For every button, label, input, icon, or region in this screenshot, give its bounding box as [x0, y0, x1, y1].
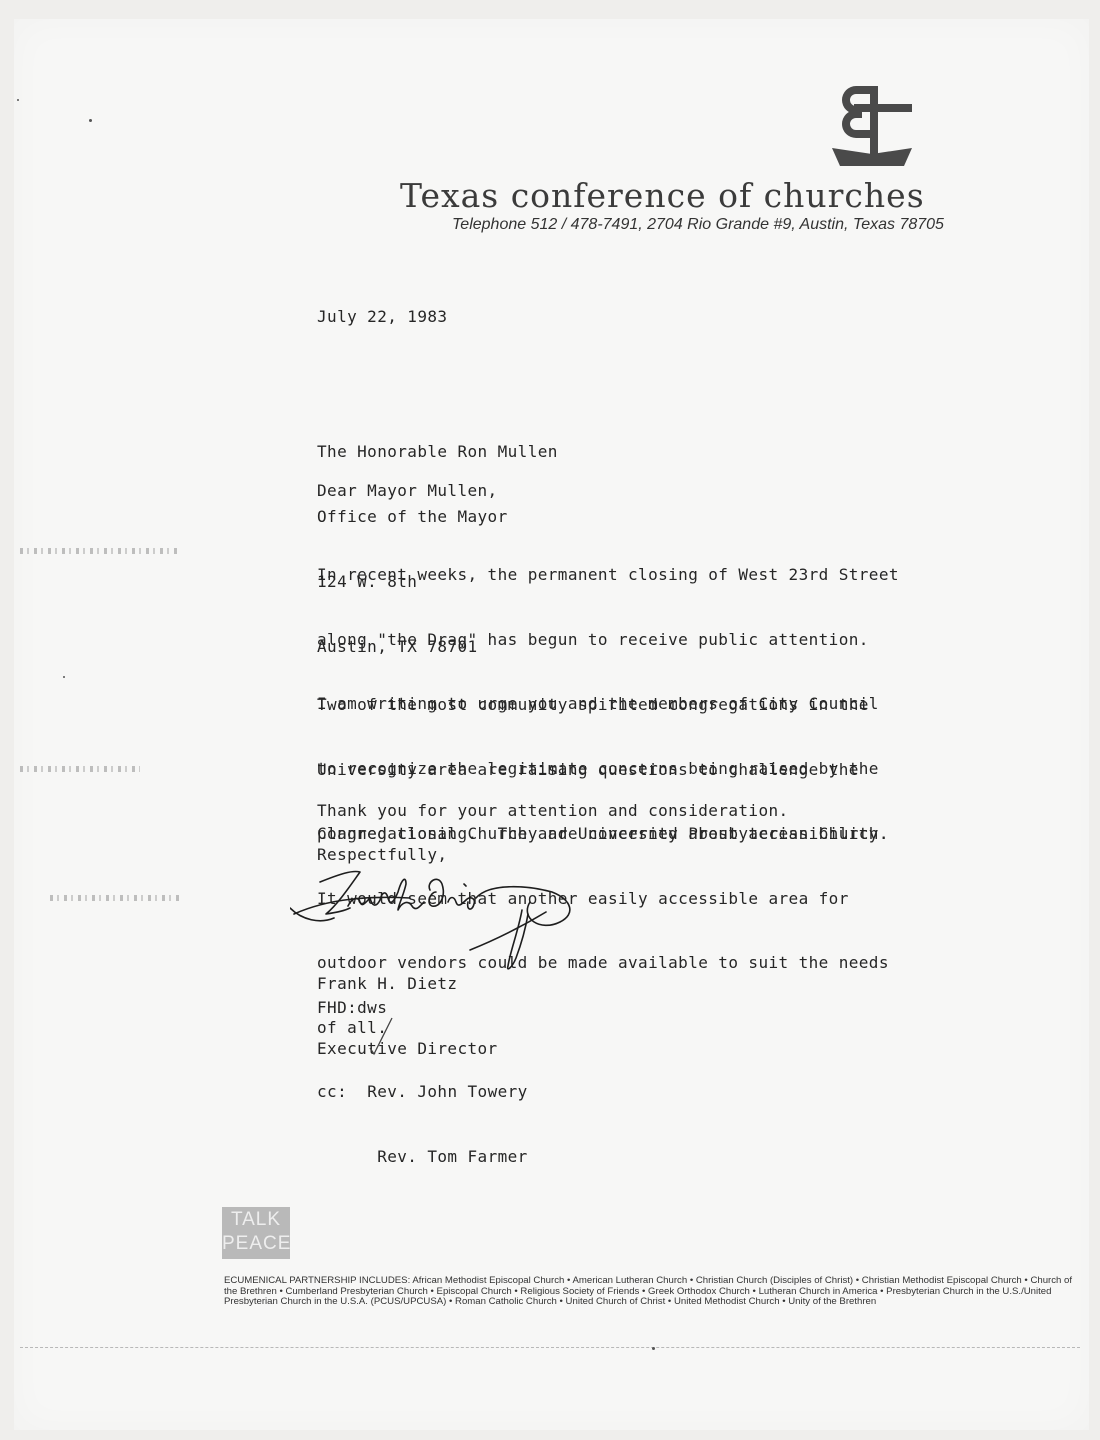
scan-speck	[17, 99, 19, 101]
tcc-monogram-logo-icon	[832, 80, 912, 172]
badge-line-1: TALK	[222, 1209, 290, 1231]
talk-peace-badge: TALK PEACE	[222, 1207, 290, 1259]
paragraph-line: I am writing to urge you and the members…	[317, 693, 889, 715]
paragraph-3: Thank you for your attention and conside…	[317, 800, 789, 822]
scan-speck	[89, 119, 92, 122]
paragraph-line: to recognize the legitimate concerns bei…	[317, 758, 889, 780]
scan-smudge	[50, 895, 180, 901]
cc-recipient: Rev. Tom Farmer	[377, 1147, 528, 1166]
organization-address: Telephone 512 / 478-7491, 2704 Rio Grand…	[452, 216, 944, 234]
badge-line-2: PEACE	[222, 1233, 290, 1255]
cc-block: cc: Rev. John Towery Rev. Tom Farmer	[317, 1038, 528, 1189]
paragraph-line: In recent weeks, the permanent closing o…	[317, 564, 899, 586]
organization-name: Texas conference of churches	[400, 176, 1050, 215]
paragraph-line: along "the Drag" has begun to receive pu…	[317, 629, 899, 651]
paragraph-line: Congregational Church and University Pre…	[317, 823, 889, 845]
signer-name: Frank H. Dietz	[317, 973, 498, 995]
check-mark-icon	[366, 1014, 398, 1058]
ecumenical-partnership-text: ECUMENICAL PARTNERSHIP INCLUDES: African…	[224, 1276, 1080, 1308]
scan-speck	[652, 1347, 655, 1350]
scan-smudge	[20, 548, 180, 554]
cc-label: cc:	[317, 1082, 347, 1101]
cc-recipient: Rev. John Towery	[367, 1082, 528, 1101]
scan-speck	[63, 676, 65, 678]
recipient-line: The Honorable Ron Mullen	[317, 441, 558, 463]
salutation: Dear Mayor Mullen,	[317, 480, 498, 502]
scan-smudge	[20, 766, 140, 772]
letter-date: July 22, 1983	[317, 306, 447, 328]
fold-line	[20, 1347, 1080, 1348]
